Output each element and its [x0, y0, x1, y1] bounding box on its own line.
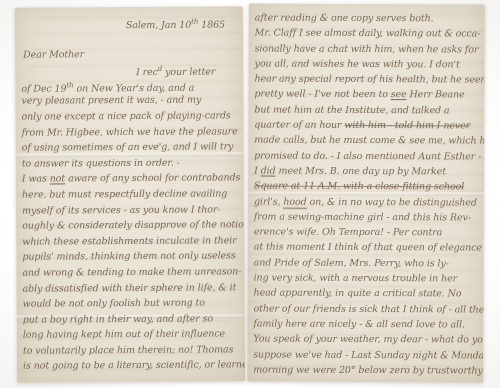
letter-line: quarter of an hour with him - told him I… — [248, 118, 484, 134]
letter-line: hear any special report of his health, b… — [248, 72, 484, 88]
letter-line: You speak of your weather, my dear - wha… — [247, 332, 483, 348]
letter-line: family here are nicely - & all send love… — [247, 316, 483, 332]
letter-line: ably dissatisfied with their sphere in l… — [17, 280, 245, 297]
letter-line: and Pride of Salem, Mrs. Perry, who is l… — [248, 255, 484, 271]
letter-line: ing very sick, with a nervous trouble in… — [248, 271, 484, 287]
letter-body-right: after reading & one copy serves both.Mr.… — [247, 10, 485, 378]
letter-line: other of our friends is sick that I thin… — [247, 301, 483, 317]
letter-page-left: Salem, Jan 10th 1865 Dear Mother I recd … — [15, 6, 245, 382]
letter-line: pretty well - I've not been to see Herr … — [248, 87, 484, 103]
letter-line: from Mr. Higbee, which we have the pleas… — [16, 124, 244, 141]
letter-line: after reading & one copy serves both. — [249, 10, 485, 26]
letter-line: girl's, hood on, & in no way to be disti… — [248, 194, 484, 210]
letter-page-right: after reading & one copy serves both.Mr.… — [247, 3, 485, 382]
letter-line: at this moment I think of that queen of … — [248, 240, 484, 256]
letter-line: and wrong & tending to make them unreaso… — [16, 264, 244, 281]
letter-line: I was not aware of any school for contra… — [16, 171, 244, 188]
letter-line: sionally have a chat with him, when he a… — [249, 41, 485, 57]
letter-body-left: of Dec 19th on New Year's day, and avery… — [15, 77, 245, 375]
letter-line: promised to do. - I also mentioned Aunt … — [248, 148, 484, 164]
letter-line: is not going to be a literary, scientifi… — [17, 358, 245, 375]
letter-line: of Dec 19th on New Year's day, and a — [15, 77, 243, 94]
letter-line: very pleasant present it was, - and my — [15, 93, 243, 110]
letter-line: would be not only foolish but wrong to — [17, 295, 245, 312]
letter-line: put a boy right in their way, and after … — [17, 311, 245, 328]
letter-line: myself of its services - as you know I t… — [16, 202, 244, 219]
letter-line: Square at 11 A.M. with a close-fitting s… — [248, 179, 484, 195]
letter-line: but met him at the Institute, and talked… — [248, 102, 484, 118]
letter-line: from a sewing-machine girl - and this hi… — [248, 209, 484, 225]
letter-line: to answer its questions in order. - — [16, 155, 244, 172]
letter-dateline: Salem, Jan 10th 1865 — [15, 14, 243, 31]
letter-line: oughly & considerately disapprove of the… — [16, 217, 244, 234]
letter-line: Mr. Claff I see almost daily, walking ou… — [249, 26, 485, 42]
letter-line: you all, and wishes he was with you. I d… — [249, 56, 485, 72]
letter-line: long having kept him out of their influe… — [17, 327, 245, 344]
letter-line: pupils' minds, thinking them not only us… — [16, 249, 244, 266]
letter-line: erence's wife. Oh Tempora! - Per contra — [248, 225, 484, 241]
letter-line: which these establishments inculcate in … — [16, 233, 244, 250]
letter-line: only one except a nice pack of playing-c… — [15, 108, 243, 125]
letter-line: to voluntarily place him therein; no! Th… — [17, 342, 245, 359]
letter-line: of using sometimes of an eve'g, and I wi… — [16, 139, 244, 156]
letter-line: head apparently, in quite a critical sta… — [248, 286, 484, 302]
letter-line: made calls, but he must come & see me, w… — [248, 133, 484, 149]
letter-line: suppose we've had - Last Sunday night & … — [247, 347, 483, 363]
letter-line: here, but must respectfully decline avai… — [16, 186, 244, 203]
letter-line: I did meet Mrs. B. one day up by Market — [248, 163, 484, 179]
letter-photo: Salem, Jan 10th 1865 Dear Mother I recd … — [0, 0, 500, 388]
letter-salutation: Dear Mother — [15, 46, 243, 63]
letter-opening-line: I recd your letter — [15, 61, 243, 78]
letter-line: morning we were 20° below zero by trustw… — [247, 362, 483, 378]
